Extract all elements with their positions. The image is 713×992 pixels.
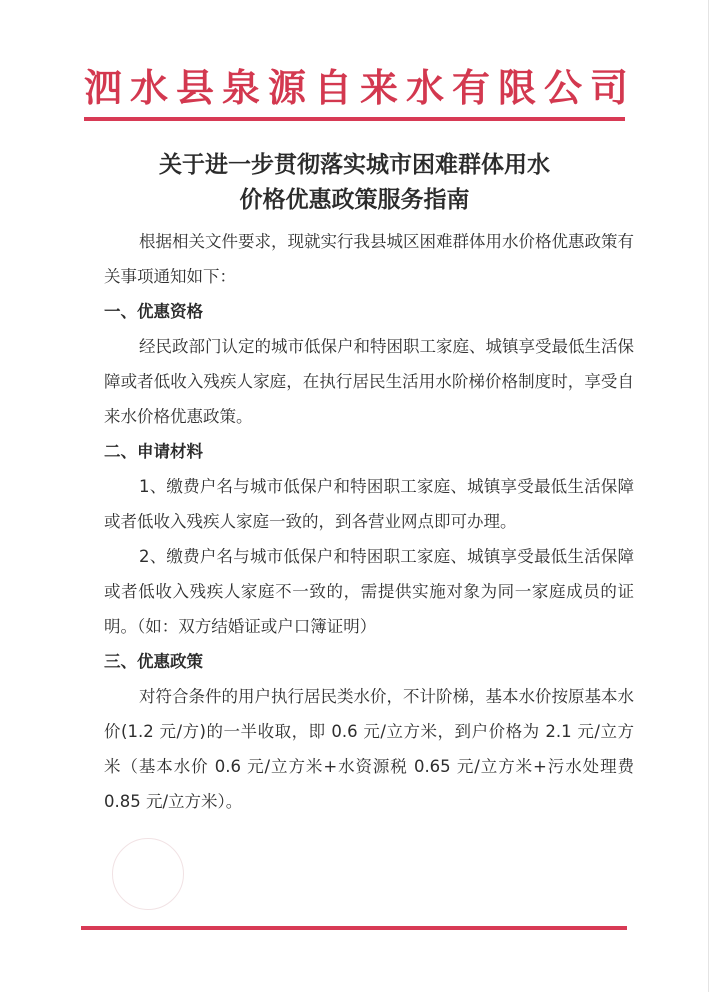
- intro-paragraph: 根据相关文件要求，现就实行我县城区困难群体用水价格优惠政策有关事项通知如下：: [104, 224, 634, 294]
- section-heading-eligibility: 一、优惠资格: [104, 294, 634, 329]
- document-title-line-2: 价格优惠政策服务指南: [84, 182, 625, 217]
- document-title-line-1: 关于进一步贯彻落实城市困难群体用水: [84, 147, 625, 182]
- document-title: 关于进一步贯彻落实城市困难群体用水 价格优惠政策服务指南: [84, 147, 625, 217]
- eligibility-paragraph: 经民政部门认定的城市低保户和特困职工家庭、城镇享受最低生活保障或者低收入残疾人家…: [104, 329, 634, 434]
- document-body: 根据相关文件要求，现就实行我县城区困难群体用水价格优惠政策有关事项通知如下： 一…: [104, 224, 634, 819]
- section-heading-materials: 二、申请材料: [104, 434, 634, 469]
- letterhead-red-rule: [84, 117, 625, 121]
- materials-paragraph-1: 1、缴费户名与城市低保户和特困职工家庭、城镇享受最低生活保障或者低收入残疾人家庭…: [104, 469, 634, 539]
- page-edge: [708, 0, 709, 992]
- faint-seal-stamp: [112, 838, 184, 910]
- footer-red-rule: [81, 926, 627, 930]
- materials-paragraph-2: 2、缴费户名与城市低保户和特困职工家庭、城镇享受最低生活保障或者低收入残疾人家庭…: [104, 539, 634, 644]
- section-heading-policy: 三、优惠政策: [104, 644, 634, 679]
- letterhead-company-name: 泗水县泉源自来水有限公司: [84, 64, 625, 112]
- policy-paragraph: 对符合条件的用户执行居民类水价，不计阶梯，基本水价按原基本水价(1.2 元/方)…: [104, 679, 634, 819]
